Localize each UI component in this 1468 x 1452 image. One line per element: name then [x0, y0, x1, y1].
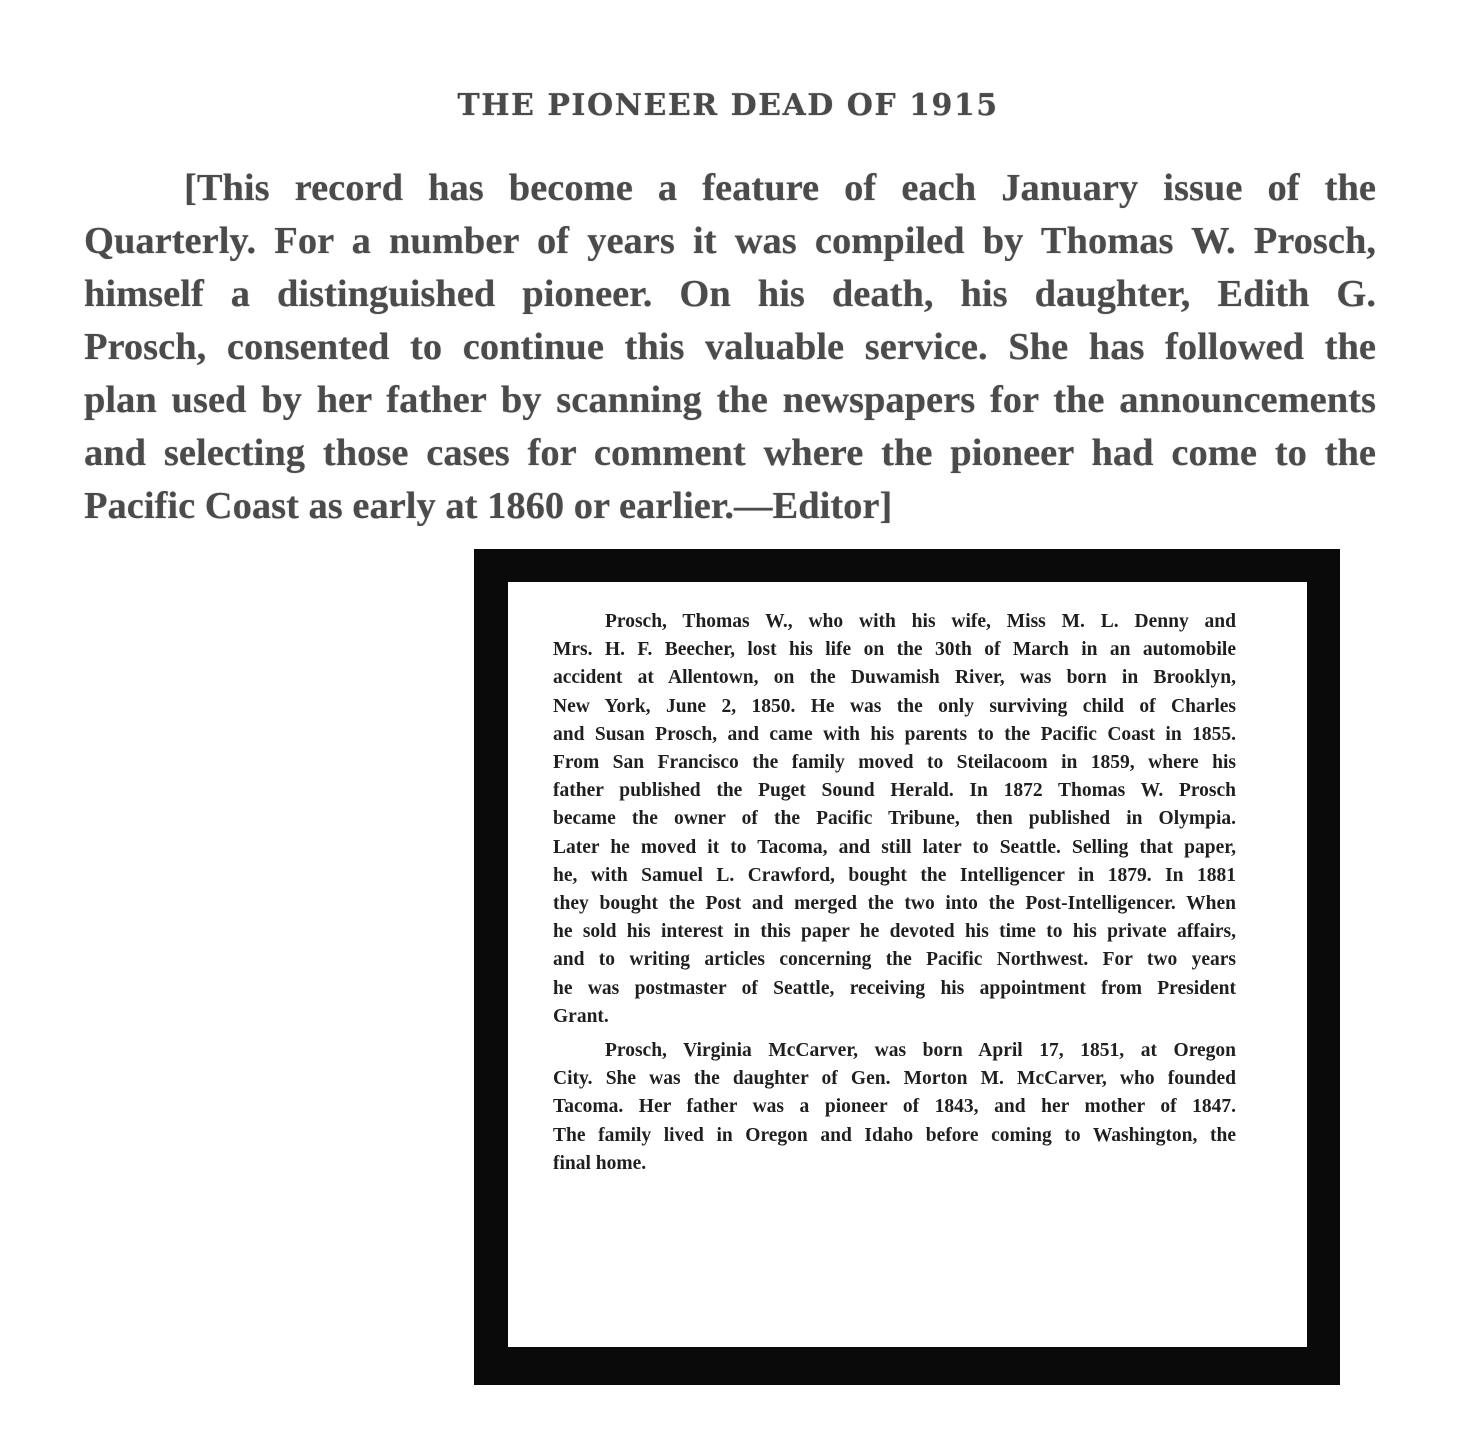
- obituary-line: The family lived in Oregon and Idaho bef…: [553, 1122, 1236, 1150]
- obituary-line: Tacoma. Her father was a pioneer of 1843…: [553, 1093, 1236, 1121]
- editor-note-line: himself a distinguished pioneer. On his …: [84, 268, 1376, 321]
- framed-content-area: Prosch, Thomas W., who with his wife, Mi…: [508, 582, 1307, 1347]
- obituary-line: Later he moved it to Tacoma, and still l…: [553, 834, 1236, 862]
- obituary-entry-thomas-prosch: Prosch, Thomas W., who with his wife, Mi…: [553, 608, 1236, 1031]
- editor-note-line: and selecting those cases for comment wh…: [84, 427, 1376, 480]
- editor-note-line: [This record has become a feature of eac…: [84, 162, 1376, 215]
- obituary-entry-virginia-prosch: Prosch, Virginia McCarver, was born Apri…: [553, 1037, 1236, 1178]
- obituary-line: Grant.: [553, 1003, 1236, 1031]
- obituary-list: Prosch, Thomas W., who with his wife, Mi…: [553, 608, 1236, 1178]
- obituary-line: Mrs. H. F. Beecher, lost his life on the…: [553, 636, 1236, 664]
- obituary-line: they bought the Post and merged the two …: [553, 890, 1236, 918]
- obituary-line: became the owner of the Pacific Tribune,…: [553, 805, 1236, 833]
- page-title: THE PIONEER DEAD OF 1915: [0, 88, 1456, 123]
- obituary-line: and Susan Prosch, and came with his pare…: [553, 721, 1236, 749]
- obituary-line: New York, June 2, 1850. He was the only …: [553, 693, 1236, 721]
- obituary-line: final home.: [553, 1150, 1236, 1178]
- obituary-line: accident at Allentown, on the Duwamish R…: [553, 664, 1236, 692]
- editor-note-line: Prosch, consented to continue this valua…: [84, 321, 1376, 374]
- obituary-line: From San Francisco the family moved to S…: [553, 749, 1236, 777]
- obituary-line: he sold his interest in this paper he de…: [553, 918, 1236, 946]
- obituary-line: he was postmaster of Seattle, receiving …: [553, 975, 1236, 1003]
- editor-note-line: Pacific Coast as early at 1860 or earlie…: [84, 480, 1376, 533]
- editor-note-line: Quarterly. For a number of years it was …: [84, 215, 1376, 268]
- editor-note: [This record has become a feature of eac…: [84, 162, 1376, 533]
- obituary-line: father published the Puget Sound Herald.…: [553, 777, 1236, 805]
- black-frame-border: Prosch, Thomas W., who with his wife, Mi…: [474, 549, 1340, 1385]
- obituary-line: City. She was the daughter of Gen. Morto…: [553, 1065, 1236, 1093]
- editor-note-line: plan used by her father by scanning the …: [84, 374, 1376, 427]
- obituary-line: he, with Samuel L. Crawford, bought the …: [553, 862, 1236, 890]
- obituary-line: Prosch, Virginia McCarver, was born Apri…: [553, 1037, 1236, 1065]
- obituary-line: and to writing articles concerning the P…: [553, 946, 1236, 974]
- obituary-line: Prosch, Thomas W., who with his wife, Mi…: [553, 608, 1236, 636]
